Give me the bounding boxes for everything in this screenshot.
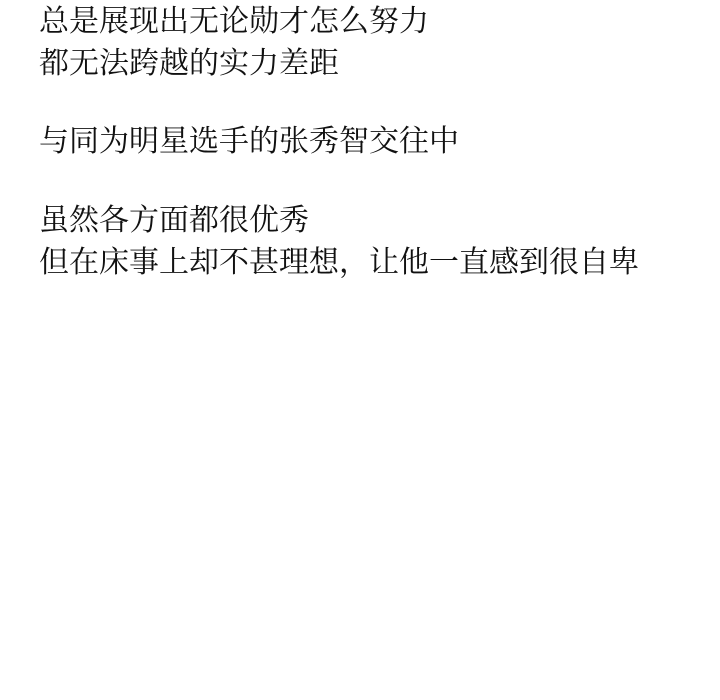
caption-line: 与同为明星选手的张秀智交往中 <box>39 124 459 160</box>
caption-line: 虽然各方面都很优秀 <box>39 203 309 239</box>
caption-line: 但在床事上却不甚理想，让他一直感到很自卑 <box>39 245 639 281</box>
caption-line: 总是展现出无论勋才怎么努力 <box>39 4 429 40</box>
caption-line: 都无法跨越的实力差距 <box>39 46 339 82</box>
